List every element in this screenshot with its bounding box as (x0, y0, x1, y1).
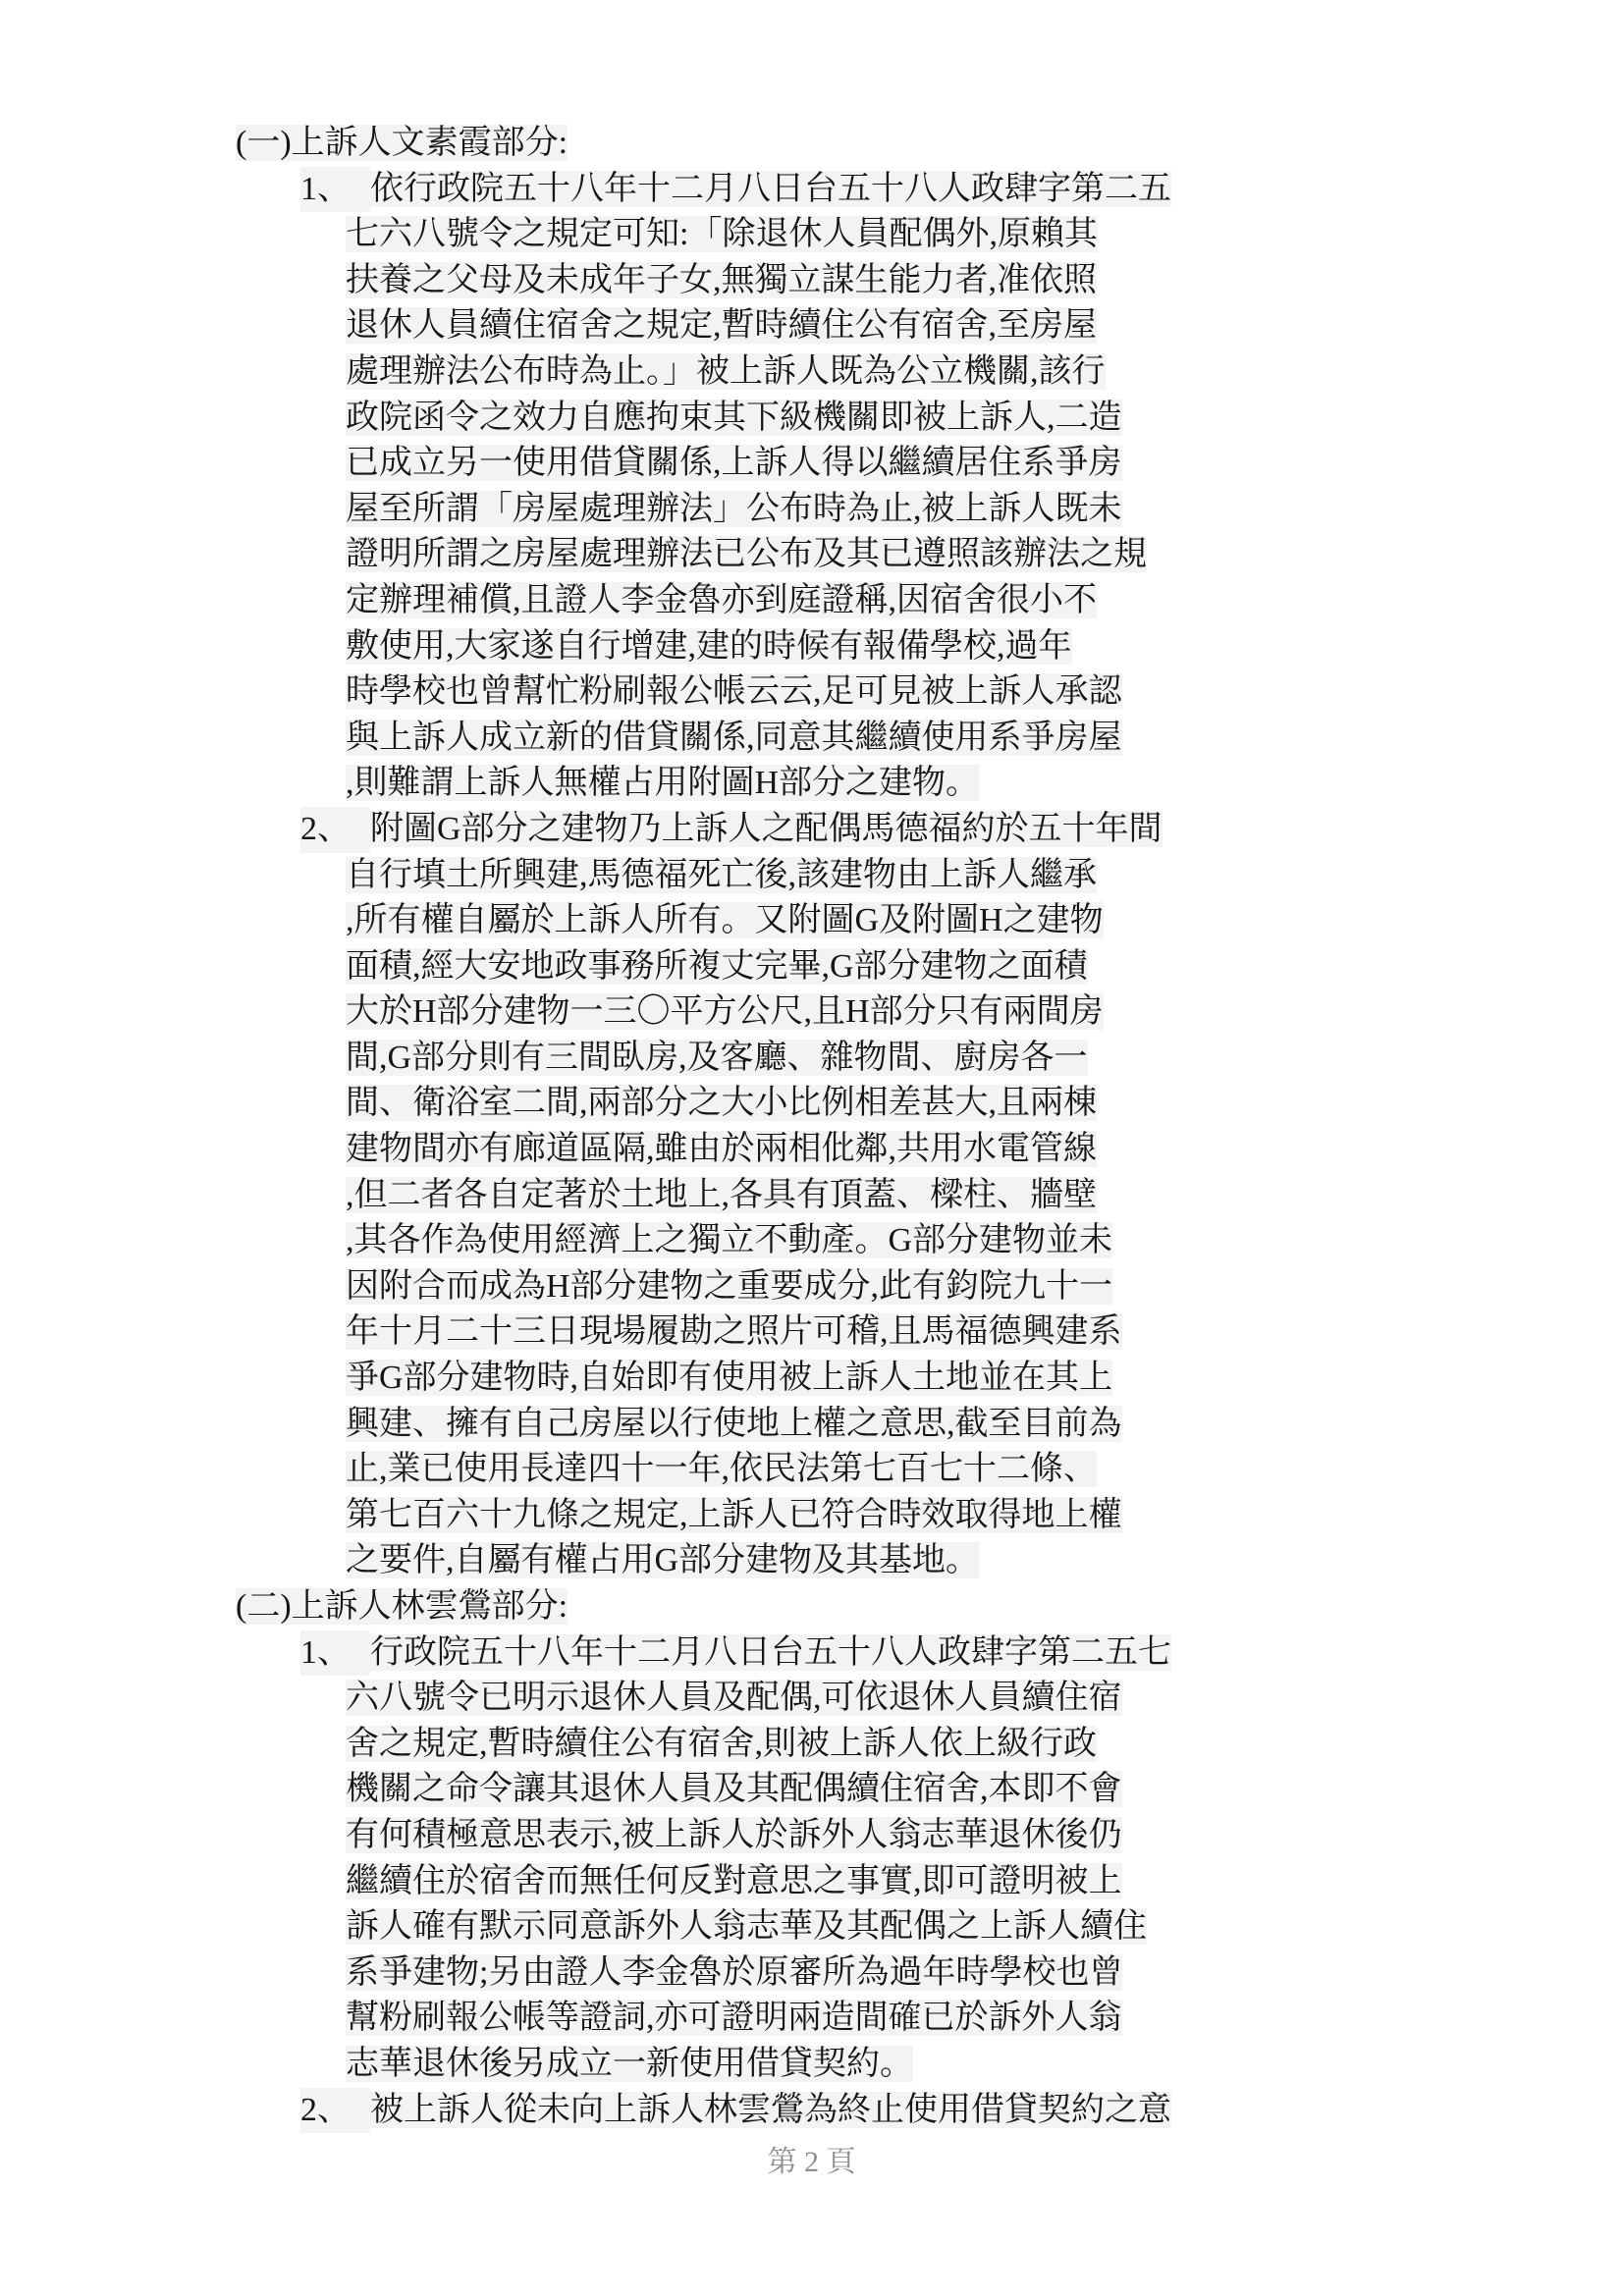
section-heading: (一)上訴人文素霞部分: (0, 121, 1623, 167)
item-wrap-line: 退休人員續住宿舍之規定,暫時續住公有宿舍,至房屋 (0, 303, 1623, 349)
item-line-text: 有何積極意思表示,被上訴人於訴外人翁志華退休後仍 (346, 1817, 1122, 1853)
section-heading: (二)上訴人林雲鶯部分: (0, 1584, 1623, 1630)
item-wrap-line: 第七百六十九條之規定,上訴人已符合時效取得地上權 (0, 1493, 1623, 1539)
item-line-text: 因附合而成為H部分建物之重要成分,此有鈞院九十一 (346, 1268, 1112, 1305)
item-wrap-line: 爭G部分建物時,自始即有使用被上訴人土地並在其上 (0, 1356, 1623, 1402)
item-marker: 2、 (300, 807, 370, 853)
item-wrap-line: 已成立另一使用借貸關係,上訴人得以繼續居住系爭房 (0, 441, 1623, 487)
item-wrap-line: 建物間亦有廊道區隔,雖由於兩相仳鄰,共用水電管線 (0, 1127, 1623, 1173)
item-line-text: 第七百六十九條之規定,上訴人已符合時效取得地上權 (346, 1497, 1122, 1533)
item-line-text: 證明所謂之房屋處理辦法已公布及其已遵照該辦法之規 (346, 536, 1147, 572)
section-heading-text: (一)上訴人文素霞部分: (236, 125, 568, 161)
item-line-text: 七六八號令之規定可知:「除退休人員配偶外,原賴其 (346, 216, 1098, 252)
item-line-text: 志華退休後另成立一新使用借貸契約。 (346, 2046, 913, 2082)
item-line-text: 間、衛浴室二間,兩部分之大小比例相差甚大,且兩棟 (346, 1085, 1097, 1121)
item-wrap-line: 有何積極意思表示,被上訴人於訴外人翁志華退休後仍 (0, 1813, 1623, 1859)
item-wrap-line: 訴人確有默示同意訴外人翁志華及其配偶之上訴人續住 (0, 1904, 1623, 1950)
item-line-text: 政院函令之效力自應拘束其下級機關即被上訴人,二造 (346, 400, 1122, 436)
document-page: (一)上訴人文素霞部分:1、依行政院五十八年十二月八日台五十八人政肆字第二五七六… (0, 0, 1623, 2296)
item-line-text: 敷使用,大家遂自行增建,建的時候有報備學校,過年 (346, 628, 1072, 665)
item-first-line: 1、依行政院五十八年十二月八日台五十八人政肆字第二五 (0, 167, 1623, 213)
item-wrap-line: 年十月二十三日現場履勘之照片可稽,且馬福德興建系 (0, 1309, 1623, 1356)
item-wrap-line: 止,業已使用長達四十一年,依民法第七百七十二條、 (0, 1447, 1623, 1493)
item-line-text: 年十月二十三日現場履勘之照片可稽,且馬福德興建系 (346, 1313, 1122, 1350)
item-line-text: 幫粉刷報公帳等證詞,亦可證明兩造間確已於訴外人翁 (346, 2000, 1122, 2036)
item-wrap-line: 政院函令之效力自應拘束其下級機關即被上訴人,二造 (0, 396, 1623, 442)
item-line-text: 附圖G部分之建物乃上訴人之配偶馬德福約於五十年間 (370, 811, 1163, 847)
item-wrap-line: 定辦理補償,且證人李金魯亦到庭證稱,因宿舍很小不 (0, 578, 1623, 624)
item-wrap-line: 之要件,自屬有權占用G部分建物及其基地。 (0, 1538, 1623, 1584)
item-line-text: ,但二者各自定著於土地上,各具有頂蓋、樑柱、牆壁 (346, 1177, 1097, 1213)
item-wrap-line: 處理辦法公布時為止。」被上訴人既為公立機關,該行 (0, 349, 1623, 396)
item-marker: 2、 (300, 2088, 370, 2134)
item-wrap-line: 七六八號令之規定可知:「除退休人員配偶外,原賴其 (0, 212, 1623, 258)
item-line-text: 處理辦法公布時為止。」被上訴人既為公立機關,該行 (346, 353, 1106, 390)
item-line-text: 自行填土所興建,馬德福死亡後,該建物由上訴人繼承 (346, 857, 1097, 893)
item-line-text: 大於H部分建物一三〇平方公尺,且H部分只有兩間房 (346, 993, 1104, 1030)
item-line-text: 繼續住於宿舍而無任何反對意思之事實,即可證明被上 (346, 1863, 1122, 1899)
item-wrap-line: 面積,經大安地政事務所複丈完畢,G部分建物之面積 (0, 944, 1623, 990)
document-body: (一)上訴人文素霞部分:1、依行政院五十八年十二月八日台五十八人政肆字第二五七六… (0, 121, 1623, 2133)
section-heading-text: (二)上訴人林雲鶯部分: (236, 1588, 568, 1625)
item-wrap-line: 志華退休後另成立一新使用借貸契約。 (0, 2042, 1623, 2088)
item-first-line: 2、被上訴人從未向上訴人林雲鶯為終止使用借貸契約之意 (0, 2088, 1623, 2134)
item-wrap-line: 時學校也曾幫忙粉刷報公帳云云,足可見被上訴人承認 (0, 669, 1623, 716)
item-marker: 1、 (300, 167, 370, 213)
item-line-text: 被上訴人從未向上訴人林雲鶯為終止使用借貸契約之意 (370, 2092, 1171, 2128)
item-line-text: 訴人確有默示同意訴外人翁志華及其配偶之上訴人續住 (346, 1908, 1147, 1945)
item-line-text: 扶養之父母及未成年子女,無獨立謀生能力者,准依照 (346, 262, 1097, 298)
item-wrap-line: 證明所謂之房屋處理辦法已公布及其已遵照該辦法之規 (0, 532, 1623, 578)
item-wrap-line: ,但二者各自定著於土地上,各具有頂蓋、樑柱、牆壁 (0, 1173, 1623, 1219)
item-line-text: ,所有權自屬於上訴人所有。又附圖G及附圖H之建物 (346, 902, 1104, 938)
item-wrap-line: 舍之規定,暫時續住公有宿舍,則被上訴人依上級行政 (0, 1722, 1623, 1768)
item-wrap-line: ,所有權自屬於上訴人所有。又附圖G及附圖H之建物 (0, 898, 1623, 944)
item-line-text: 已成立另一使用借貸關係,上訴人得以繼續居住系爭房 (346, 445, 1122, 481)
item-line-text: 時學校也曾幫忙粉刷報公帳云云,足可見被上訴人承認 (346, 673, 1122, 710)
item-line-text: 之要件,自屬有權占用G部分建物及其基地。 (346, 1542, 979, 1578)
item-wrap-line: 大於H部分建物一三〇平方公尺,且H部分只有兩間房 (0, 989, 1623, 1036)
item-line-text: 依行政院五十八年十二月八日台五十八人政肆字第二五 (370, 171, 1171, 207)
item-line-text: 系爭建物;另由證人李金魯於原審所為過年時學校也曾 (346, 1954, 1122, 1991)
item-wrap-line: ,則難謂上訴人無權占用附圖H部分之建物。 (0, 761, 1623, 807)
item-first-line: 1、行政院五十八年十二月八日台五十八人政肆字第二五七 (0, 1630, 1623, 1677)
item-wrap-line: 興建、擁有自己房屋以行使地上權之意思,截至目前為 (0, 1402, 1623, 1448)
item-line-text: 退休人員續住宿舍之規定,暫時續住公有宿舍,至房屋 (346, 307, 1097, 344)
item-first-line: 2、附圖G部分之建物乃上訴人之配偶馬德福約於五十年間 (0, 807, 1623, 853)
item-wrap-line: 與上訴人成立新的借貸關係,同意其繼續使用系爭房屋 (0, 716, 1623, 762)
item-line-text: 屋至所謂「房屋處理辦法」公布時為止,被上訴人既未 (346, 491, 1122, 527)
item-line-text: ,其各作為使用經濟上之獨立不動產。G部分建物並未 (346, 1222, 1112, 1258)
item-line-text: ,則難謂上訴人無權占用附圖H部分之建物。 (346, 765, 979, 801)
item-line-text: 舍之規定,暫時續住公有宿舍,則被上訴人依上級行政 (346, 1726, 1097, 1762)
item-wrap-line: 因附合而成為H部分建物之重要成分,此有鈞院九十一 (0, 1264, 1623, 1310)
item-line-text: 六八號令已明示退休人員及配偶,可依退休人員續住宿 (346, 1680, 1122, 1716)
item-wrap-line: 間、衛浴室二間,兩部分之大小比例相差甚大,且兩棟 (0, 1081, 1623, 1127)
item-wrap-line: 繼續住於宿舍而無任何反對意思之事實,即可證明被上 (0, 1859, 1623, 1905)
item-line-text: 與上訴人成立新的借貸關係,同意其繼續使用系爭房屋 (346, 720, 1122, 756)
item-line-text: 面積,經大安地政事務所複丈完畢,G部分建物之面積 (346, 948, 1088, 985)
item-line-text: 建物間亦有廊道區隔,雖由於兩相仳鄰,共用水電管線 (346, 1131, 1097, 1167)
item-wrap-line: 自行填土所興建,馬德福死亡後,該建物由上訴人繼承 (0, 853, 1623, 899)
item-wrap-line: ,其各作為使用經濟上之獨立不動產。G部分建物並未 (0, 1218, 1623, 1264)
item-line-text: 爭G部分建物時,自始即有使用被上訴人土地並在其上 (346, 1360, 1112, 1396)
item-wrap-line: 六八號令已明示退休人員及配偶,可依退休人員續住宿 (0, 1676, 1623, 1722)
item-line-text: 機關之命令讓其退休人員及其配偶續住宿舍,本即不會 (346, 1771, 1122, 1807)
item-line-text: 止,業已使用長達四十一年,依民法第七百七十二條、 (346, 1451, 1097, 1487)
item-wrap-line: 系爭建物;另由證人李金魯於原審所為過年時學校也曾 (0, 1950, 1623, 1997)
item-wrap-line: 機關之命令讓其退休人員及其配偶續住宿舍,本即不會 (0, 1767, 1623, 1813)
item-line-text: 定辦理補償,且證人李金魯亦到庭證稱,因宿舍很小不 (346, 582, 1097, 618)
item-line-text: 行政院五十八年十二月八日台五十八人政肆字第二五七 (370, 1634, 1171, 1671)
item-line-text: 間,G部分則有三間臥房,及客廳、雜物間、廚房各一 (346, 1040, 1088, 1076)
item-wrap-line: 幫粉刷報公帳等證詞,亦可證明兩造間確已於訴外人翁 (0, 1996, 1623, 2042)
item-wrap-line: 間,G部分則有三間臥房,及客廳、雜物間、廚房各一 (0, 1036, 1623, 1082)
item-line-text: 興建、擁有自己房屋以行使地上權之意思,截至目前為 (346, 1406, 1122, 1442)
item-wrap-line: 敷使用,大家遂自行增建,建的時候有報備學校,過年 (0, 624, 1623, 670)
item-wrap-line: 扶養之父母及未成年子女,無獨立謀生能力者,准依照 (0, 258, 1623, 304)
item-marker: 1、 (300, 1630, 370, 1677)
item-wrap-line: 屋至所謂「房屋處理辦法」公布時為止,被上訴人既未 (0, 487, 1623, 533)
page-number: 第 2 頁 (0, 2146, 1623, 2179)
